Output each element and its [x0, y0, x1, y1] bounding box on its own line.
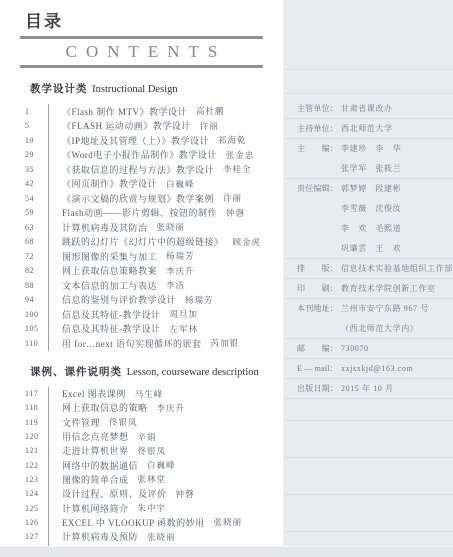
toc-entry-text: 《IP地址及其管理（上）》教学设计 祁海乾: [48, 133, 247, 148]
publication-info-rows: 主管单位： 甘肃省课改办 主持单位： 西北师范大学 主 编： 李建珍 李 华 张…: [284, 99, 453, 399]
sidebar-rule: [284, 457, 453, 458]
toc-entry: 5 《FLASH 运动动画》教学设计 许丽: [25, 119, 283, 134]
toc-entry-text: 计算机病毒及其防治 张晓丽: [48, 220, 185, 235]
toc-entry: 126 EXCEL 中 VLOOKUP 函数的妙用 张晓丽: [25, 515, 283, 529]
toc-entry-author: 钟磬: [226, 207, 245, 219]
toc-entry-page-number: 72: [25, 252, 48, 261]
toc-entry-author: 许丽: [223, 192, 242, 204]
sidebar-rule: [284, 69, 453, 70]
section-heading-cn: 课例、课件说明类: [30, 366, 127, 378]
toc-entry-author: 李庆升: [166, 265, 195, 277]
toc-section: 课例、课件说明类 Lesson, courseware description …: [0, 364, 283, 557]
publication-info-row: 邮 编： 730070: [284, 339, 453, 359]
toc-entry-author: 张晓丽: [214, 516, 243, 528]
toc-entry: 122 网络中的数据通信 白巍峰: [25, 458, 283, 472]
publication-info-row: （西北师范大学内）: [284, 319, 453, 339]
toc-entry-title: 计算机网络简介: [62, 502, 129, 515]
toc-entry-author: 李桂全: [223, 163, 252, 175]
toc-entry-text: 用 for…next 语句实现循环的嵌套 芮加银: [48, 336, 239, 351]
section-heading: 课例、课件说明类 Lesson, courseware description: [30, 364, 283, 379]
toc-entry-page-number: 63: [25, 223, 48, 232]
toc-entry-title: 设计过程、原则、及评价: [62, 487, 167, 500]
publication-info-value: 兰州市安宁东路 967 号: [341, 304, 429, 313]
toc-entry-page-number: 121: [25, 446, 48, 455]
toc-entry: 118 网上获取信息的策略 李庆升: [25, 401, 283, 415]
section-heading-en: Lesson, courseware description: [127, 367, 259, 378]
publication-info-row: 印 刷： 教育技术学院创新工作室: [284, 279, 453, 299]
publication-info-label: 主 编：: [297, 139, 339, 159]
publication-info-label: E — mail：: [297, 359, 339, 379]
toc-entry-author: 辛娟: [138, 431, 157, 443]
toc-entry-title: 《IP地址及其管理（上）》教学设计: [62, 134, 209, 147]
toc-entry-page-number: 127: [25, 532, 48, 541]
publication-info-row: E — mail： xxjsxkjd@163.com: [284, 359, 453, 379]
toc-entry-text: 计算机病毒及预防 张晓丽: [48, 529, 176, 543]
publication-info-value: 张学军 张筱兰: [341, 164, 401, 173]
toc-entry-text: 走进计算机世界 佟银凤: [48, 444, 166, 458]
toc-entry: 72 图形图像的采集与加工 杨瑞芳: [25, 249, 283, 264]
toc-entry-title: Excel 图表课例: [62, 387, 126, 400]
toc-entry-text: 计算机网络简介 朱中宇: [48, 501, 166, 515]
toc-entry: 59 Flash动画——影片剪辑、按钮的制作 钟磬: [25, 206, 283, 221]
toc-entry-title: 用信念点亮梦想: [62, 430, 129, 443]
toc-entry-text: 设计过程、原则、及评价 钟磬: [48, 487, 195, 501]
toc-entry: 54 《演示文稿的欣赏与规划》教学案例 许丽: [25, 191, 283, 206]
toc-entry: 100 信息及其特征-教学设计 周旦加: [25, 307, 283, 322]
publication-info-row: 巩肇雲 王 欢: [284, 239, 453, 259]
toc-entry: 94 信息的鉴别与评价教学设计 杨瑞芳: [25, 293, 283, 308]
publication-info-row: 李雪薇 沈俊汝: [284, 199, 453, 219]
toc-entry: 105 信息及其特征-教学设计 左军林: [25, 322, 283, 337]
toc-entry-page-number: 54: [25, 194, 48, 203]
toc-entry-title: 图形图像的采集与加工: [62, 250, 157, 263]
toc-entry-page-number: 123: [25, 475, 48, 484]
toc-entry: 127 计算机病毒及预防 张晓丽: [25, 529, 283, 543]
toc-entry-page-number: 122: [25, 461, 48, 470]
toc-entry-title: 《FLASH 运动动画》教学设计: [62, 119, 191, 132]
toc-entry-title: 信息的鉴别与评价教学设计: [62, 293, 176, 306]
toc-sections: 教学设计类 Instructional Design 1 《Flash 制作 M…: [0, 81, 283, 557]
sidebar-rule: [284, 494, 453, 495]
toc-entry-text: 《网页制作》教学设计 白巍峰: [48, 177, 195, 192]
toc-entry-page-number: 42: [25, 179, 48, 188]
toc-entry-title: 信息及其特征-教学设计: [62, 308, 161, 321]
toc-entry-title: 《网页制作》教学设计: [62, 177, 157, 190]
publication-info-label: 印 刷：: [297, 279, 339, 299]
contents-heading: CONTENTS: [0, 39, 283, 65]
toc-entry-text: 《演示文稿的欣赏与规划》教学案例 许丽: [48, 191, 242, 206]
toc-entry-title: 计算机病毒及其防治: [62, 221, 148, 234]
page-title: 目录: [25, 7, 283, 32]
publication-info-value: 巩肇雲 王 欢: [341, 244, 401, 253]
sidebar-rule: [284, 93, 453, 94]
toc-entry-text: 《Word电子小报作品制作》教学设计 张金忠: [48, 148, 254, 163]
toc-entry: 1 《Flash 制作 MTV》教学设计 高杜鹏: [25, 104, 283, 119]
toc-entry-text: 跳跃的幻灯片《幻灯片中的超级链接》 顾金虎: [48, 235, 261, 250]
toc-entry-title: Flash动画——影片剪辑、按钮的制作: [62, 206, 217, 219]
divider-rule-bottom: [20, 65, 263, 68]
toc-entry-text: 《Flash 制作 MTV》教学设计 高杜鹏: [48, 104, 225, 119]
section-heading: 教学设计类 Instructional Design: [30, 81, 283, 96]
toc-entry-title: 《获取信息的过程与方法》教学设计: [62, 163, 214, 176]
toc-entry: 35 《获取信息的过程与方法》教学设计 李桂全: [25, 162, 283, 177]
publication-info-label: 主管单位：: [297, 99, 339, 119]
toc-section: 教学设计类 Instructional Design 1 《Flash 制作 M…: [0, 81, 283, 351]
toc-entry-title: 文件管理: [62, 416, 100, 429]
toc-list: 1 《Flash 制作 MTV》教学设计 高杜鹏 5 《FLASH 运动动画》教…: [25, 104, 283, 351]
toc-entry: 82 网上获取信息策略教案 李庆升: [25, 264, 283, 279]
toc-entry-author: 李洁: [166, 279, 185, 291]
toc-entry-page-number: 19: [25, 136, 48, 145]
toc-entry: 63 计算机病毒及其防治 张晓丽: [25, 220, 283, 235]
toc-entry-page-number: 119: [25, 418, 48, 427]
toc-entry-author: 白巍峰: [147, 459, 176, 471]
toc-list: 117 Excel 图表课例 马生峰 118 网上获取信息的策略 李庆升 119…: [25, 387, 283, 557]
toc-entry-title: 跳跃的幻灯片《幻灯片中的超级链接》: [62, 235, 224, 248]
toc-entry: 110 用 for…next 语句实现循环的嵌套 芮加银: [25, 336, 283, 351]
toc-entry-page-number: 125: [25, 504, 48, 513]
toc-entry-author: 马生峰: [135, 388, 164, 400]
publication-info-label: 出版日期：: [297, 379, 339, 399]
toc-entry-page-number: 110: [25, 339, 48, 348]
toc-entry-page-number: 100: [25, 310, 48, 319]
toc-entry-page-number: 29: [25, 150, 48, 159]
publication-info-value: xxjsxkjd@163.com: [341, 364, 413, 373]
toc-entry: 123 图像的简单合成 张林堂: [25, 472, 283, 486]
toc-entry-title: 走进计算机世界: [62, 444, 129, 457]
toc-entry-author: 佟银凤: [109, 416, 138, 428]
toc-entry-title: 文本信息的加工与表达: [62, 279, 157, 292]
toc-entry-author: 祁海乾: [218, 134, 247, 146]
publication-info-label: 主持单位：: [297, 119, 339, 139]
publication-info-label: 责任编辑：: [297, 179, 339, 199]
toc-entry-text: 用信念点亮梦想 辛娟: [48, 429, 157, 443]
section-heading-cn: 教学设计类: [30, 83, 92, 95]
publication-info-value: 730070: [341, 344, 369, 353]
toc-entry-title: 计算机病毒及预防: [62, 530, 138, 543]
toc-entry-page-number: 5: [25, 121, 48, 130]
toc-entry-author: 高杜鹏: [196, 105, 225, 117]
toc-entry-page-number: 1: [25, 107, 48, 116]
toc-entry: 19 《IP地址及其管理（上）》教学设计 祁海乾: [25, 133, 283, 148]
toc-entry-author: 佟银凤: [138, 445, 167, 457]
toc-entry-title: 网络中的数据通信: [62, 459, 138, 472]
publication-info-row: 出版日期： 2015 年 10 月: [284, 379, 453, 399]
toc-entry-author: 顾金虎: [233, 236, 262, 248]
toc-entry-title: 信息及其特征-教学设计: [62, 322, 161, 335]
toc-entry-author: 白巍峰: [166, 178, 195, 190]
toc-entry: 124 设计过程、原则、及评价 钟磬: [25, 487, 283, 501]
toc-entry-text: 信息及其特征-教学设计 周旦加: [48, 307, 198, 322]
toc-entry-author: 张林堂: [138, 473, 167, 485]
toc-entry-author: 张晓丽: [147, 531, 176, 543]
publication-info-row: 张学军 张筱兰: [284, 159, 453, 179]
toc-entry-author: 张晓丽: [157, 221, 186, 233]
toc-entry-text: 《FLASH 运动动画》教学设计 许丽: [48, 119, 219, 134]
toc-entry-author: 朱中宇: [138, 502, 167, 514]
toc-entry-title: EXCEL 中 VLOOKUP 函数的妙用: [62, 516, 205, 529]
toc-entry: 42 《网页制作》教学设计 白巍峰: [25, 177, 283, 192]
toc-entry-title: 网上获取信息策略教案: [62, 264, 157, 277]
publication-info-value: 教育技术学院创新工作室: [341, 284, 436, 293]
toc-entry-page-number: 117: [25, 389, 48, 398]
toc-entry-text: Excel 图表课例 马生峰: [48, 387, 163, 401]
toc-entry-author: 左军林: [170, 323, 199, 335]
toc-entry-page-number: 118: [25, 403, 48, 412]
toc-entry-page-number: 105: [25, 324, 48, 333]
publication-info-label: 排 版：: [297, 259, 339, 279]
publication-info-value: 李雪薇 沈俊汝: [341, 204, 401, 213]
toc-entry-page-number: 59: [25, 208, 48, 217]
publication-info-row: 责任编辑： 郭梦婷 段建彬: [284, 179, 453, 199]
toc-entry-page-number: 35: [25, 165, 48, 174]
toc-entry-page-number: 68: [25, 237, 48, 246]
toc-entry-page-number: 124: [25, 489, 48, 498]
toc-page: 目录 CONTENTS 教学设计类 Instructional Design 1…: [0, 0, 283, 546]
toc-entry-author: 杨瑞芳: [185, 294, 214, 306]
toc-entry-author: 周旦加: [170, 308, 199, 320]
toc-entry-author: 芮加银: [211, 337, 240, 349]
toc-entry: 119 文件管理 佟银凤: [25, 415, 283, 429]
toc-entry-author: 许丽: [200, 120, 219, 132]
toc-entry-text: 信息的鉴别与评价教学设计 杨瑞芳: [48, 293, 214, 308]
toc-entry-author: 李庆升: [157, 402, 186, 414]
publication-info-value: 信息技术实验基地组织工作部: [341, 264, 453, 273]
sidebar-rule: [284, 531, 453, 532]
publication-info-row: 主 编： 李建珍 李 华: [284, 139, 453, 159]
toc-entry: 121 走进计算机世界 佟银凤: [25, 444, 283, 458]
toc-entry: 68 跳跃的幻灯片《幻灯片中的超级链接》 顾金虎: [25, 235, 283, 250]
toc-entry: 120 用信念点亮梦想 辛娟: [25, 429, 283, 443]
toc-entry-page-number: 88: [25, 281, 48, 290]
toc-entry-title: 《演示文稿的欣赏与规划》教学案例: [62, 192, 214, 205]
toc-entry-text: 网络中的数据通信 白巍峰: [48, 458, 176, 472]
publication-info-value: （西北师范大学内）: [341, 324, 418, 333]
toc-entry-text: 图形图像的采集与加工 杨瑞芳: [48, 249, 195, 264]
toc-entry-author: 张金忠: [226, 149, 255, 161]
toc-entry-text: 图像的简单合成 张林堂: [48, 472, 166, 486]
publication-info-label: 邮 编：: [297, 339, 339, 359]
toc-entry-title: 用 for…next 语句实现循环的嵌套: [62, 337, 202, 350]
publication-info-value: 2015 年 10 月: [341, 384, 394, 393]
publication-info-value: 西北师范大学: [341, 124, 393, 133]
toc-entry-title: 网上获取信息的策略: [62, 401, 148, 414]
toc-entry-page-number: 94: [25, 295, 48, 304]
section-heading-en: Instructional Design: [92, 84, 177, 95]
publication-info-row: 主持单位： 西北师范大学: [284, 119, 453, 139]
toc-entry: 125 计算机网络简介 朱中宇: [25, 501, 283, 515]
toc-entry-text: Flash动画——影片剪辑、按钮的制作 钟磬: [48, 206, 245, 221]
toc-entry-text: 网上获取信息的策略 李庆升: [48, 401, 185, 415]
toc-entry: 88 文本信息的加工与表达 李洁: [25, 278, 283, 293]
publication-info-row: 排 版： 信息技术实验基地组织工作部: [284, 259, 453, 279]
toc-entry-title: 图像的简单合成: [62, 473, 129, 486]
publication-info-row: 主管单位： 甘肃省课改办: [284, 99, 453, 119]
sidebar-rule: [284, 420, 453, 421]
publication-info-value: 郭梦婷 段建彬: [341, 184, 401, 193]
toc-entry-author: 钟磬: [176, 488, 195, 500]
toc-entry-page-number: 120: [25, 432, 48, 441]
publication-info-value: 李 欢 毛熙道: [341, 224, 401, 233]
toc-entry-text: 信息及其特征-教学设计 左军林: [48, 322, 198, 337]
publication-info-row: 李 欢 毛熙道: [284, 219, 453, 239]
toc-entry: 117 Excel 图表课例 马生峰: [25, 387, 283, 401]
toc-entry: 29 《Word电子小报作品制作》教学设计 张金忠: [25, 148, 283, 163]
publication-info-label: 本刊地址：: [297, 299, 339, 319]
publication-info-panel: 主管单位： 甘肃省课改办 主持单位： 西北师范大学 主 编： 李建珍 李 华 张…: [283, 0, 453, 546]
toc-entry-text: EXCEL 中 VLOOKUP 函数的妙用 张晓丽: [48, 515, 242, 529]
toc-entry-text: 网上获取信息策略教案 李庆升: [48, 264, 195, 279]
toc-entry-text: 文本信息的加工与表达 李洁: [48, 278, 185, 293]
publication-info-row: 本刊地址： 兰州市安宁东路 967 号: [284, 299, 453, 319]
toc-entry-text: 《获取信息的过程与方法》教学设计 李桂全: [48, 162, 252, 177]
page-bottom-strip: [0, 546, 453, 557]
toc-entry-author: 杨瑞芳: [166, 250, 195, 262]
toc-entry-title: 《Flash 制作 MTV》教学设计: [62, 105, 187, 118]
publication-info-value: 甘肃省课改办: [341, 104, 393, 113]
toc-entry-page-number: 126: [25, 518, 48, 527]
toc-entry-page-number: 82: [25, 266, 48, 275]
publication-info-value: 李建珍 李 华: [341, 144, 401, 153]
toc-entry-text: 文件管理 佟银凤: [48, 415, 138, 429]
toc-entry-title: 《Word电子小报作品制作》教学设计: [62, 148, 217, 161]
